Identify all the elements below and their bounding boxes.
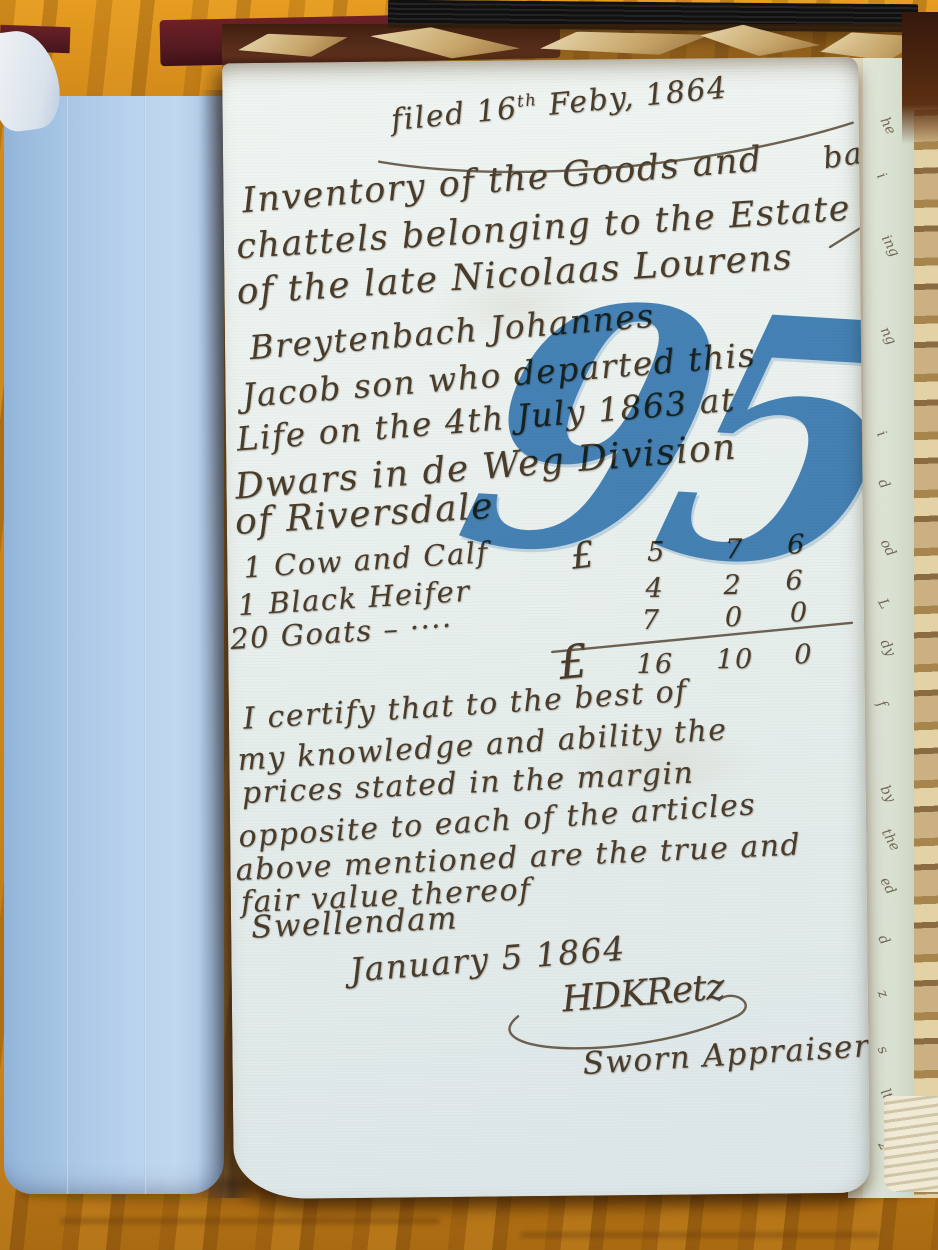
- handwriting-fragment: od: [877, 537, 899, 560]
- handwriting-fragment: the: [878, 826, 903, 854]
- wood-grain: [520, 1232, 880, 1238]
- left-blank-page: [4, 96, 224, 1194]
- handwriting-fragment: he: [877, 115, 899, 138]
- handwriting-fragment: z: [874, 987, 892, 1001]
- handwriting-fragment: ed: [877, 875, 899, 898]
- total-pence: 0: [794, 639, 813, 670]
- handwriting-fragment: d: [874, 476, 892, 491]
- item-2-qty: 1: [237, 587, 259, 622]
- filing-note-sup: th: [516, 90, 538, 111]
- handwriting-fragment: f: [873, 698, 890, 710]
- handwriting-fragment: d: [874, 932, 892, 947]
- signature-title: Sworn Appraiser: [582, 1029, 870, 1083]
- inventory-document-page: filed 16th Feby, 1864 bal Inventory of t…: [222, 57, 870, 1200]
- handwriting-fragment: dy: [876, 637, 898, 659]
- wood-grain: [60, 1218, 440, 1224]
- item-3-qty: 20: [229, 620, 271, 656]
- item-1-qty: 1: [242, 549, 264, 584]
- underlying-page-edge: he i ing ng i d od L dy f by the ed d z …: [863, 58, 919, 1198]
- page-stack-bottom-right: [884, 1096, 938, 1192]
- appraiser-signature: HDKRetz: [560, 967, 725, 1021]
- handwriting-fragment: s: [874, 1043, 892, 1057]
- handwriting-fragment: L: [874, 596, 892, 612]
- handwriting-fragment: i: [873, 428, 889, 439]
- handwriting-fragment: i: [873, 170, 889, 181]
- page-crease: [66, 96, 69, 1194]
- handwriting-fragment: by: [876, 783, 898, 805]
- place-line: Swellendam: [250, 901, 458, 946]
- torn-paper-edge: [914, 58, 938, 1198]
- filing-note-post: Feby, 1864: [536, 70, 729, 123]
- handwriting-fragment: ng: [877, 324, 900, 347]
- total-shillings: 10: [716, 644, 754, 675]
- filing-note-pre: filed 16: [390, 91, 520, 138]
- handwriting-fragment: ing: [878, 232, 903, 259]
- book-edge-shadow: [902, 12, 938, 144]
- filing-note: filed 16th Feby, 1864: [390, 71, 730, 138]
- photo-open-estate-ledger: he i ing ng i d od L dy f by the ed d z …: [0, 0, 938, 1250]
- page-crease: [144, 96, 147, 1194]
